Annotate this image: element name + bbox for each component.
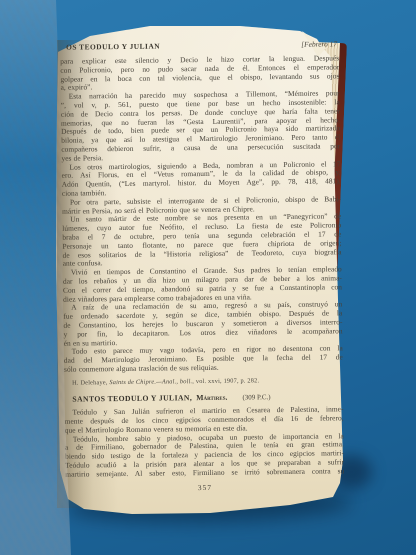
- footnote-ref: vol. xxvi, 1907, p. 282.: [194, 377, 259, 385]
- section-text: Teódulo y San Julián sufrieron el martir…: [64, 406, 344, 480]
- page-content: OS TEODULO Y JULIAN [Febrero 17 para exp…: [60, 39, 344, 493]
- section-heading: SANTOS TEODULO Y JULIAN, Mártires. (309 …: [72, 392, 343, 404]
- running-header-title: OS TEODULO Y JULIAN: [66, 42, 160, 52]
- section-heading-year: (309 P.C.): [242, 393, 270, 401]
- running-header-date: [Febrero 17: [301, 39, 337, 48]
- footnote-author: H. Delehaye,: [72, 379, 109, 386]
- text-line: martirio semejante. Al saber esto, Firmi…: [65, 467, 344, 479]
- text-line: sólo conmemore alguna traslación de sus …: [64, 362, 343, 374]
- section-heading-subtitle: Mártires.: [196, 393, 227, 402]
- section-heading-title: SANTOS TEODULO Y JULIAN,: [72, 393, 192, 403]
- running-header: OS TEODULO Y JULIAN [Febrero 17: [66, 39, 337, 51]
- body-text: para explicar este silencio y Decio le h…: [60, 54, 343, 374]
- footnote: H. Delehaye, Saints de Chipre.—Anal., bo…: [72, 376, 343, 387]
- footnote-title: Saints de Chipre.—Anal., boll.,: [109, 378, 194, 386]
- book-photo-scene: OS TEODULO Y JULIAN [Febrero 17 para exp…: [0, 0, 416, 555]
